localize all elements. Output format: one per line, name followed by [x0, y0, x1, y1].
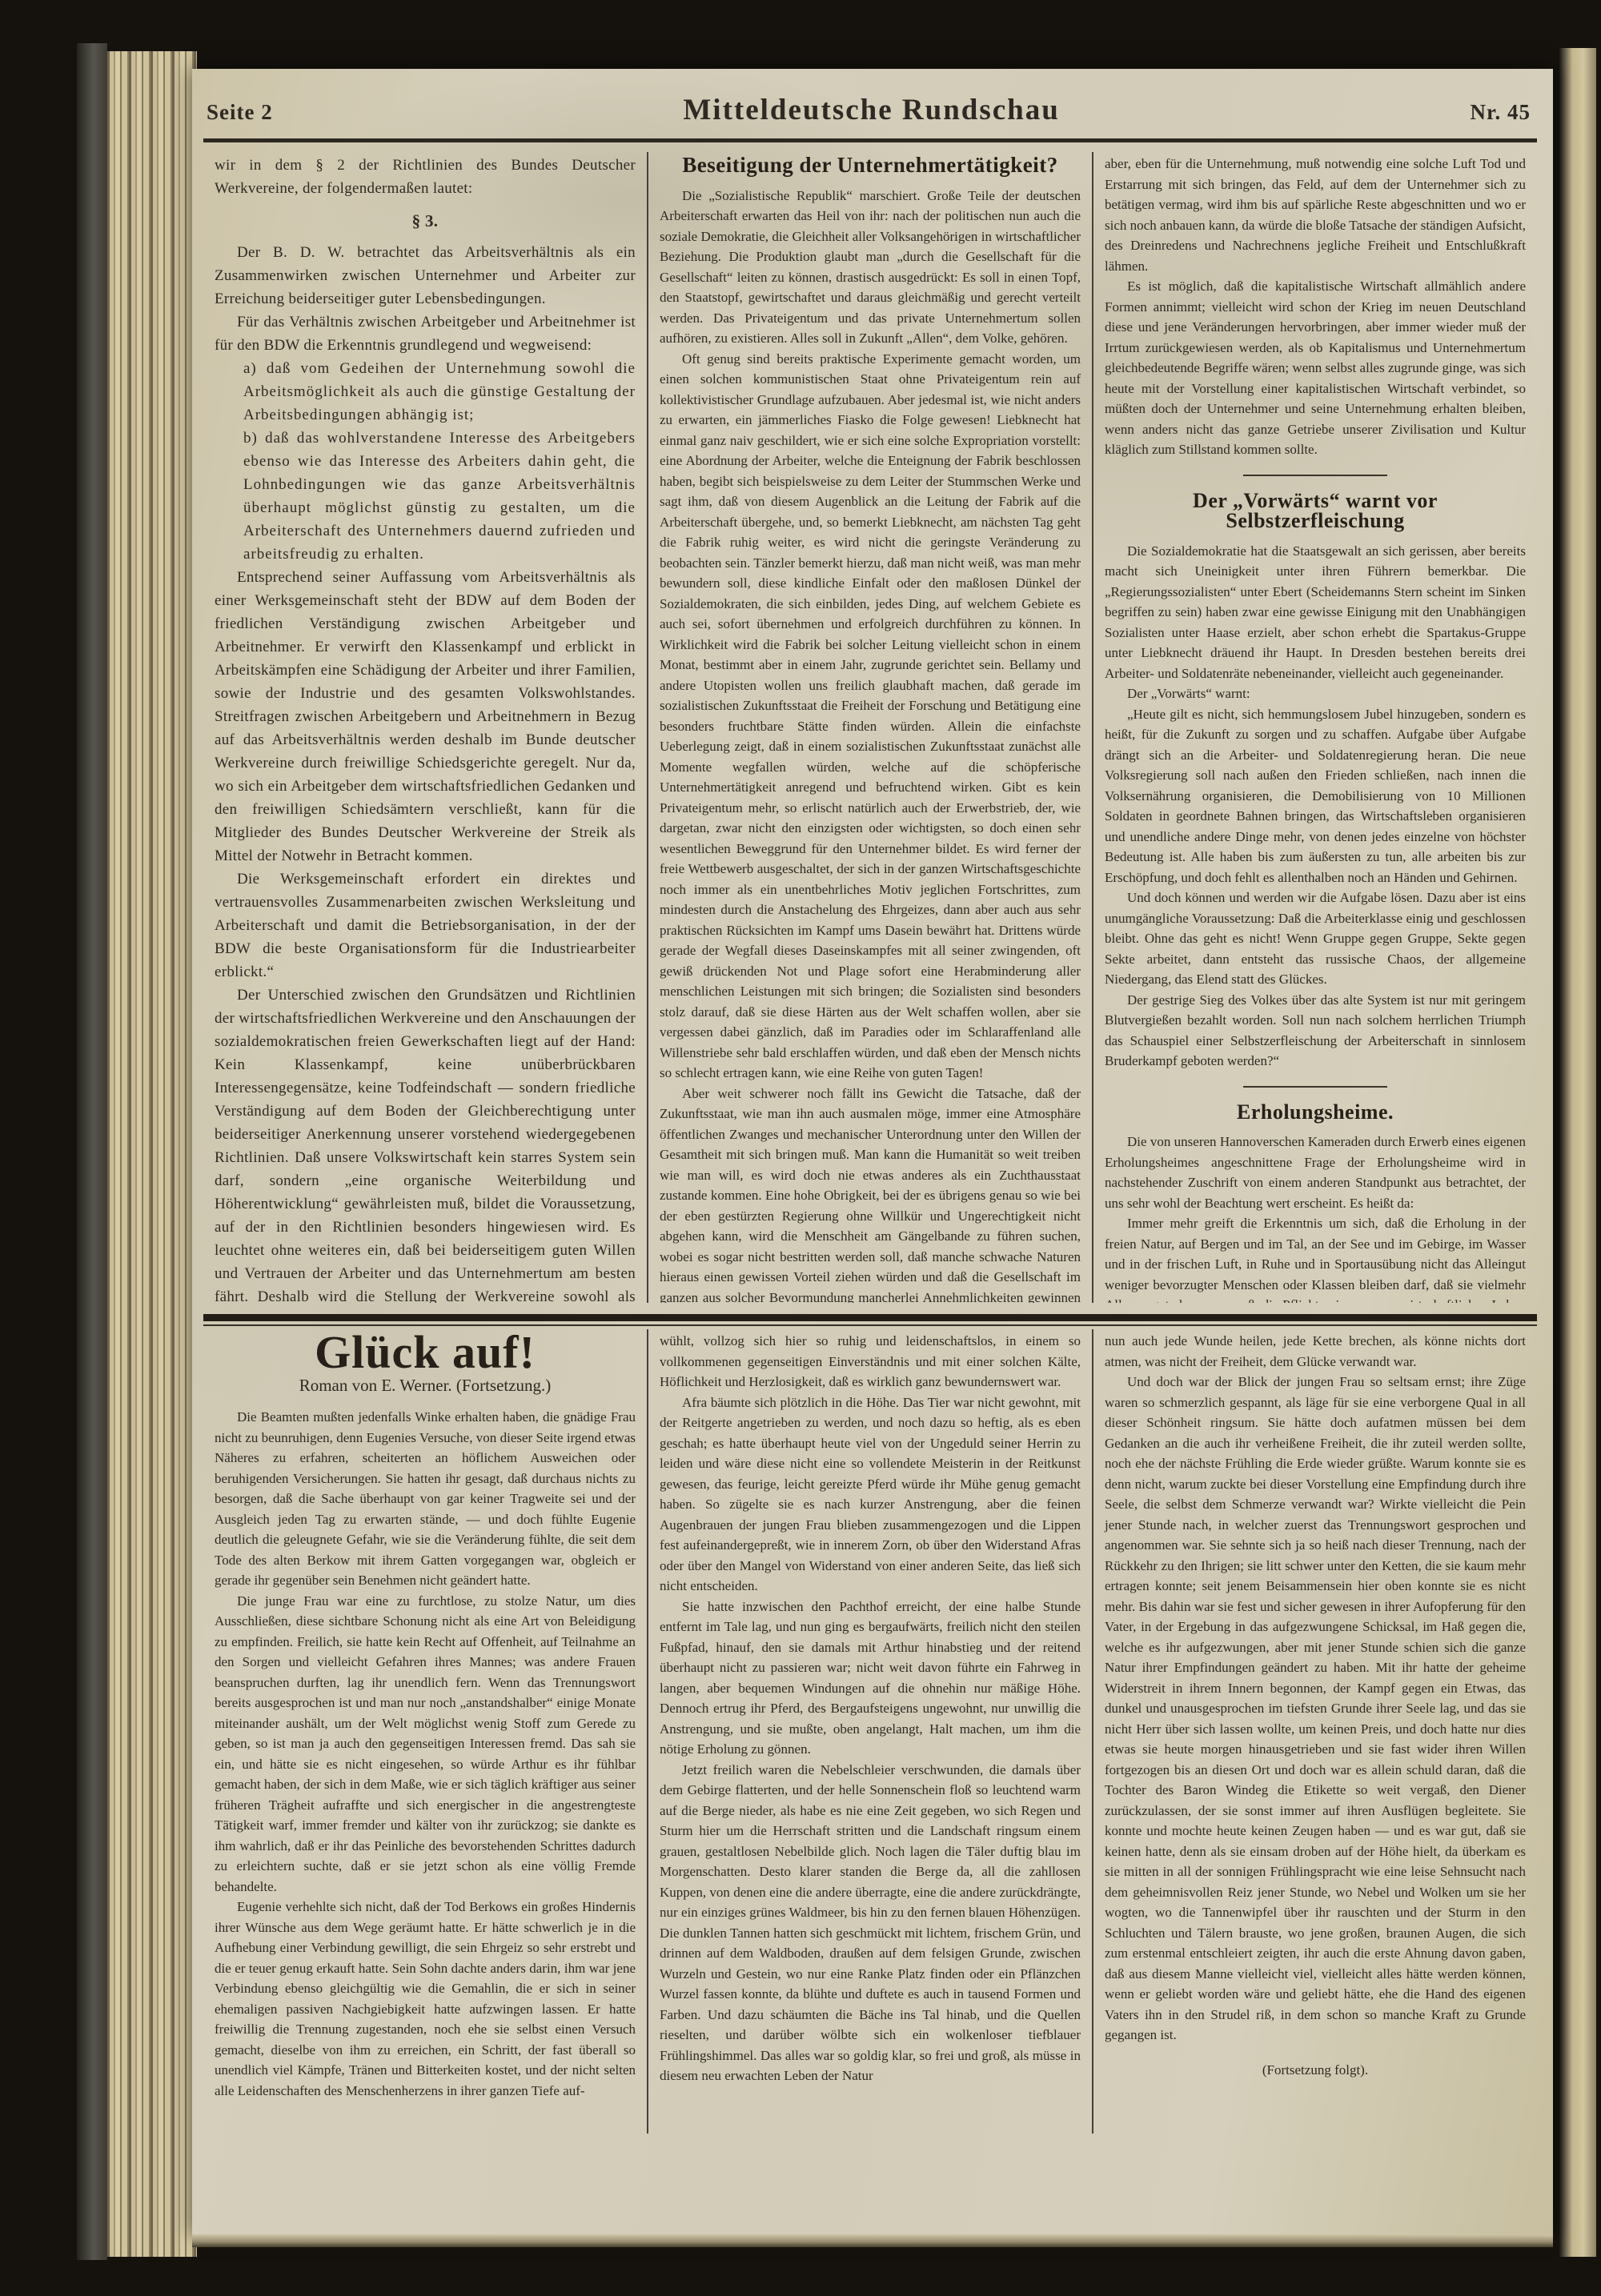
paragraph: Jetzt freilich waren die Nebelschleier v…: [660, 1760, 1081, 2086]
paragraph: Eugenie verhehlte sich nicht, daß der To…: [215, 1897, 636, 2101]
paragraph: Für das Verhältnis zwischen Arbeitgeber …: [215, 311, 636, 357]
paragraph: „Heute gilt es nicht, sich hemmungslosem…: [1105, 704, 1526, 888]
paragraph: Die junge Frau war eine zu furchtlose, z…: [215, 1591, 636, 1897]
stacked-page-edges: [107, 51, 197, 2257]
feuilleton-section: Glück auf!Roman von E. Werner. (Fortsetz…: [203, 1314, 1537, 2134]
paragraph: Der Unterschied zwischen den Grundsätzen…: [215, 984, 636, 1303]
paragraph: Sie hatte inzwischen den Pachthof erreic…: [660, 1597, 1081, 1760]
article-divider-rule: [1243, 1086, 1387, 1088]
paragraph: Entsprechend seiner Auffassung vom Arbei…: [215, 566, 636, 868]
column-left: wir in dem § 2 der Richtlinien des Bunde…: [203, 152, 647, 1303]
paragraph: Die Werksgemeinschaft erfordert ein dire…: [215, 868, 636, 984]
feuilleton-column-right: nun auch jede Wunde heilen, jede Kette b…: [1093, 1329, 1537, 2134]
headline: Erholungsheime.: [1105, 1102, 1526, 1123]
feuilleton-columns: Glück auf!Roman von E. Werner. (Fortsetz…: [203, 1329, 1537, 2134]
feuilleton-top-rule: [203, 1324, 1537, 1326]
paragraph: Die von unseren Hannoverschen Kameraden …: [1105, 1132, 1526, 1213]
paragraph: Und doch können und werden wir die Aufga…: [1105, 888, 1526, 990]
column-right: aber, eben für die Unternehmung, muß not…: [1093, 152, 1537, 1303]
paragraph: Oft genug sind bereits praktische Experi…: [660, 349, 1081, 1084]
paragraph: wir in dem § 2 der Richtlinien des Bunde…: [215, 154, 636, 200]
column-middle: Beseitigung der Unternehmertätigkeit?Die…: [648, 152, 1092, 1303]
paragraph: Die Beamten mußten jedenfalls Winke erha…: [215, 1407, 636, 1591]
paragraph: Die „Sozialistische Republik“ marschiert…: [660, 186, 1081, 349]
paragraph: Roman von E. Werner. (Fortsetzung.): [215, 1376, 636, 1396]
paragraph: b) daß das wohlverstandene Interesse des…: [215, 427, 636, 566]
paragraph: a) daß vom Gedeihen der Unternehmung sow…: [215, 357, 636, 427]
paragraph: wühlt, vollzog sich hier so ruhig und le…: [660, 1331, 1081, 1392]
paragraph: Der gestrige Sieg des Volkes über das al…: [1105, 990, 1526, 1072]
paragraph: nun auch jede Wunde heilen, jede Kette b…: [1105, 1331, 1526, 1372]
main-article-section: wir in dem § 2 der Richtlinien des Bunde…: [203, 152, 1537, 1303]
article-divider-rule: [1243, 475, 1387, 476]
paragraph: Und doch war der Blick der jungen Frau s…: [1105, 1372, 1526, 2046]
paragraph: aber, eben für die Unternehmung, muß not…: [1105, 154, 1526, 276]
right-page-edge: [1559, 48, 1596, 2257]
headline: Beseitigung der Unternehmertätigkeit?: [660, 155, 1081, 176]
newspaper-title: Mitteldeutsche Rundschau: [683, 93, 1059, 127]
paragraph: (Fortsetzung folgt).: [1105, 2060, 1526, 2081]
page-number-label: Seite 2: [207, 100, 273, 125]
paragraph: Der B. D. W. betrachtet das Arbeitsverhä…: [215, 241, 636, 311]
headline: Glück auf!: [215, 1342, 636, 1363]
paragraph: Aber weit schwerer noch fällt ins Gewich…: [660, 1084, 1081, 1304]
feuilleton-column-middle: wühlt, vollzog sich hier so ruhig und le…: [648, 1329, 1092, 2134]
feuilleton-column-left: Glück auf!Roman von E. Werner. (Fortsetz…: [203, 1329, 647, 2134]
headline: Der „Vorwärts“ warnt vor Selbstzerfleisc…: [1105, 491, 1526, 531]
paragraph: Immer mehr greift die Erkenntnis um sich…: [1105, 1213, 1526, 1303]
paragraph: Die Sozialdemokratie hat die Staatsgewal…: [1105, 541, 1526, 684]
issue-number-label: Nr. 45: [1470, 100, 1531, 125]
book-cover-edge: [77, 43, 107, 2260]
newspaper-page: Seite 2 Mitteldeutsche Rundschau Nr. 45 …: [192, 69, 1553, 2234]
paragraph: Es ist möglich, daß die kapitalistische …: [1105, 276, 1526, 460]
masthead: Seite 2 Mitteldeutsche Rundschau Nr. 45: [203, 93, 1537, 142]
headline: § 3.: [215, 210, 636, 233]
paragraph: Der „Vorwärts“ warnt:: [1105, 683, 1526, 704]
paragraph: Afra bäumte sich plötzlich in die Höhe. …: [660, 1392, 1081, 1597]
page-content: Seite 2 Mitteldeutsche Rundschau Nr. 45 …: [203, 93, 1537, 2134]
